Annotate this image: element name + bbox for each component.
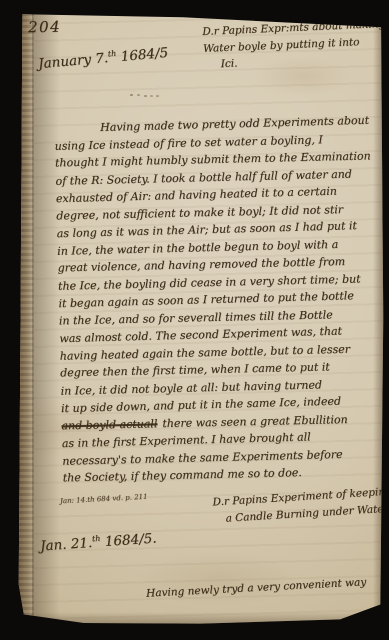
- body-text: Having made two pretty odd Experiments a…: [48, 112, 387, 487]
- next-entry-first-line: Having newly tryd a very convenient way: [146, 576, 367, 600]
- manuscript-page: 204 January 7.th 1684/5 D.r Papins Expr:…: [18, 8, 384, 628]
- manuscript-line: there was seen a great Ebullition: [162, 413, 348, 430]
- date-year: 1684/5: [120, 45, 169, 65]
- entry-date-january-7: January 7.th 1684/5: [38, 44, 169, 72]
- date-ordinal: th: [92, 534, 101, 544]
- margin-reference-note: Jan: 14.th 684 vd. p. 211: [60, 493, 148, 506]
- date-main: January 7.: [38, 50, 109, 72]
- date-main: Jan. 21.: [40, 535, 93, 555]
- struck-out-text: and boyld actuall: [61, 417, 157, 432]
- ink-smudge: [130, 94, 133, 96]
- date-year: 1684/5.: [104, 530, 157, 550]
- book-spine-edge: [18, 8, 34, 628]
- page-number: 204: [28, 18, 61, 37]
- entry-date-january-21: Jan. 21.th 1684/5.: [40, 530, 158, 555]
- next-entry-heading: D.r Papins Experiment of keeping a Candl…: [212, 484, 389, 529]
- date-ordinal: th: [107, 49, 116, 59]
- page-bottom-shadow: [18, 612, 384, 628]
- entry-heading: D.r Papins Expr:mts about making Water b…: [202, 16, 387, 73]
